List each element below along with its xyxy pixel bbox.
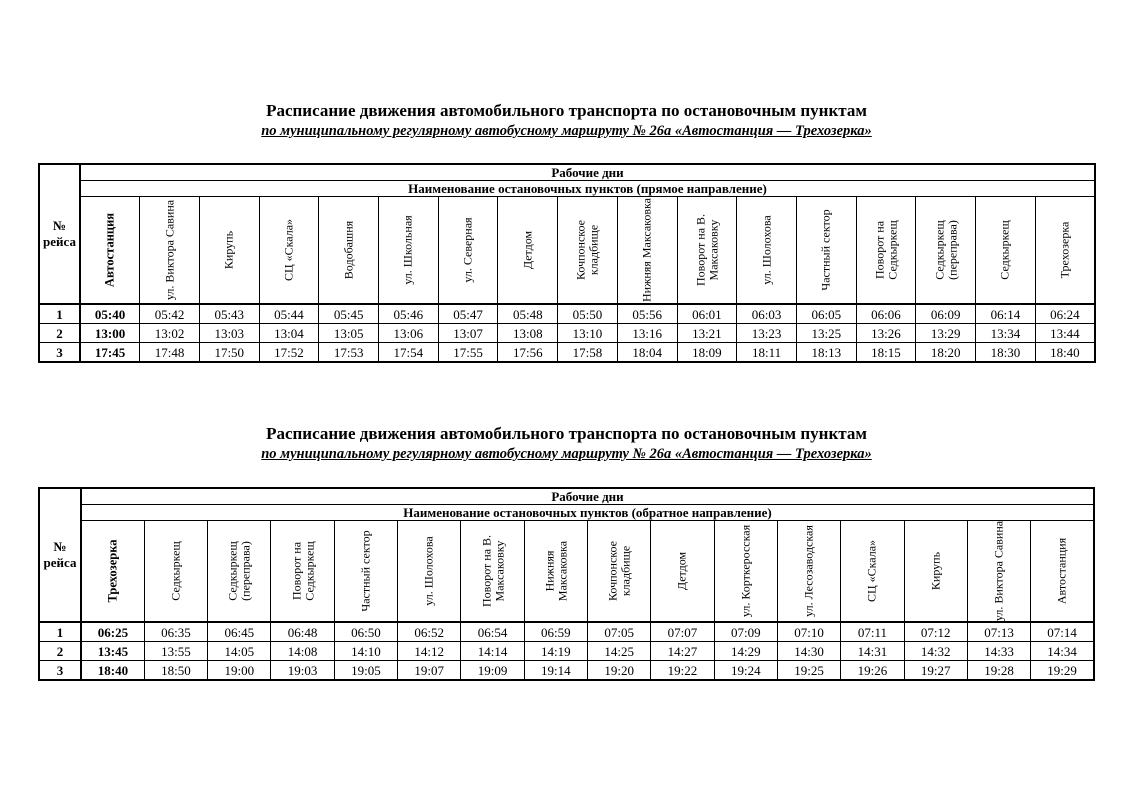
departure-time: 19:14 — [524, 661, 587, 681]
departure-time: 13:26 — [856, 324, 916, 343]
stop-name-label: СЦ «Скала» — [866, 540, 879, 602]
departure-time: 19:20 — [588, 661, 651, 681]
departure-time: 18:13 — [796, 343, 856, 363]
departure-time: 18:30 — [976, 343, 1036, 363]
departure-time: 13:23 — [737, 324, 797, 343]
stop-name-label: Кирупь — [929, 552, 942, 590]
schedule-1-subtitle-text: по муниципальному регулярному автобусном… — [261, 123, 872, 139]
departure-time: 19:24 — [714, 661, 777, 681]
stop-name-header: Поворот на В. Максаковку — [461, 521, 524, 623]
departure-time: 06:05 — [796, 304, 856, 324]
stop-name-label: Частный сектор — [820, 209, 833, 290]
stop-name-header: Водобашня — [319, 197, 379, 305]
trip-number: 1 — [39, 304, 80, 324]
departure-time: 14:33 — [967, 642, 1030, 661]
departure-time: 14:27 — [651, 642, 714, 661]
stop-name-header: Кочпонское кладбище — [588, 521, 651, 623]
departure-time: 13:34 — [976, 324, 1036, 343]
departure-time: 18:50 — [144, 661, 207, 681]
stop-name-label: ул. Школьная — [402, 215, 415, 284]
stop-name-header: Частный сектор — [796, 197, 856, 305]
trip-row: 317:4517:4817:5017:5217:5317:5417:5517:5… — [39, 343, 1095, 363]
trip-number: 1 — [39, 622, 81, 642]
departure-time: 17:54 — [379, 343, 439, 363]
departure-time: 19:03 — [271, 661, 334, 681]
departure-time: 18:09 — [677, 343, 737, 363]
departure-time: 19:28 — [967, 661, 1030, 681]
stop-name-label: ул. Шолохова — [760, 215, 773, 284]
departure-time: 13:03 — [199, 324, 259, 343]
stop-name-label: ул. Виктора Савина — [993, 521, 1006, 621]
stop-name-label: Седкыркещ — [999, 220, 1012, 279]
stop-name-label: Кочпонское кладбище — [607, 541, 632, 601]
stop-name-label: ул. Шолохова — [423, 536, 436, 605]
stop-name-header: ул. Корткеросская — [714, 521, 777, 623]
departure-time: 14:19 — [524, 642, 587, 661]
stop-name-label: Водобашня — [342, 221, 355, 279]
stop-name-label: Трехозерка — [1059, 222, 1072, 279]
departure-time: 17:48 — [140, 343, 200, 363]
departure-time: 17:53 — [319, 343, 379, 363]
departure-time: 14:34 — [1031, 642, 1094, 661]
stop-name-label: Автостанция — [1056, 538, 1069, 604]
stop-name-header: СЦ «Скала» — [259, 197, 319, 305]
departure-time: 19:22 — [651, 661, 714, 681]
departure-time: 17:45 — [80, 343, 140, 363]
departure-time: 14:05 — [208, 642, 271, 661]
departure-time: 13:29 — [916, 324, 976, 343]
stop-name-header: Седкыркещ (переправа) — [916, 197, 976, 305]
stop-name-header: Поворот на Седкыркещ — [856, 197, 916, 305]
stop-name-label: ул. Корткеросская — [739, 525, 752, 617]
departure-time: 17:56 — [498, 343, 558, 363]
departure-time: 07:05 — [588, 622, 651, 642]
departure-time: 17:55 — [438, 343, 498, 363]
trip-number: 3 — [39, 661, 81, 681]
direction-header: Наименование остановочных пунктов (прямо… — [80, 181, 1095, 197]
stop-name-label: Кочпонское кладбище — [575, 220, 600, 280]
departure-time: 13:25 — [796, 324, 856, 343]
stop-name-header: ул. Шолохова — [737, 197, 797, 305]
stop-name-header: Трехозерка — [81, 521, 144, 623]
departure-time: 13:06 — [379, 324, 439, 343]
departure-time: 18:11 — [737, 343, 797, 363]
departure-time: 14:08 — [271, 642, 334, 661]
stop-name-label: Частный сектор — [360, 530, 373, 611]
departure-time: 13:16 — [617, 324, 677, 343]
stop-name-label: Поворот на Седкыркещ — [290, 541, 315, 600]
stop-name-label: ул. Виктора Савина — [163, 200, 176, 300]
stop-name-label: Детдом — [676, 552, 689, 590]
direction-header: Наименование остановочных пунктов (обрат… — [81, 505, 1094, 521]
departure-time: 18:40 — [1035, 343, 1095, 363]
departure-time: 13:04 — [259, 324, 319, 343]
stop-name-header: ул. Виктора Савина — [140, 197, 200, 305]
departure-time: 19:09 — [461, 661, 524, 681]
departure-time: 05:44 — [259, 304, 319, 324]
departure-time: 06:35 — [144, 622, 207, 642]
departure-time: 13:08 — [498, 324, 558, 343]
stop-name-header: Нижняя Максаковка — [524, 521, 587, 623]
departure-time: 07:12 — [904, 622, 967, 642]
schedule-2-subtitle: по муниципальному регулярному автобусном… — [0, 446, 1123, 463]
day-type-header: Рабочие дни — [81, 488, 1094, 505]
departure-time: 14:25 — [588, 642, 651, 661]
departure-time: 13:21 — [677, 324, 737, 343]
stop-name-label: Поворот на Седкыркещ — [873, 220, 898, 279]
departure-time: 05:46 — [379, 304, 439, 324]
trip-number-header: № рейса — [39, 164, 80, 304]
departure-time: 14:10 — [334, 642, 397, 661]
departure-time: 06:48 — [271, 622, 334, 642]
departure-time: 07:07 — [651, 622, 714, 642]
stop-name-label: Поворот на В. Максаковку — [480, 535, 505, 607]
departure-time: 14:32 — [904, 642, 967, 661]
stop-name-label: Кирупь — [223, 231, 236, 269]
departure-time: 14:30 — [777, 642, 840, 661]
departure-time: 06:09 — [916, 304, 976, 324]
departure-time: 19:26 — [841, 661, 904, 681]
stop-name-header: Поворот на Седкыркещ — [271, 521, 334, 623]
departure-time: 13:45 — [81, 642, 144, 661]
trip-row: 318:4018:5019:0019:0319:0519:0719:0919:1… — [39, 661, 1094, 681]
departure-time: 06:52 — [398, 622, 461, 642]
departure-time: 19:07 — [398, 661, 461, 681]
departure-time: 07:11 — [841, 622, 904, 642]
departure-time: 06:03 — [737, 304, 797, 324]
departure-time: 06:14 — [976, 304, 1036, 324]
schedule-1-subtitle: по муниципальному регулярному автобусном… — [0, 123, 1123, 140]
departure-time: 19:05 — [334, 661, 397, 681]
departure-time: 05:40 — [80, 304, 140, 324]
departure-time: 18:20 — [916, 343, 976, 363]
departure-time: 13:02 — [140, 324, 200, 343]
departure-time: 05:56 — [617, 304, 677, 324]
trip-row: 106:2506:3506:4506:4806:5006:5206:5406:5… — [39, 622, 1094, 642]
departure-time: 05:45 — [319, 304, 379, 324]
stop-name-header: ул. Шолохова — [398, 521, 461, 623]
departure-time: 13:05 — [319, 324, 379, 343]
stop-name-label: Трехозерка — [106, 540, 119, 603]
departure-time: 07:10 — [777, 622, 840, 642]
stop-name-label: Поворот на В. Максаковку — [694, 214, 719, 286]
stop-name-label: Седкыркещ (переправа) — [933, 220, 958, 280]
stop-name-header: Седкыркещ — [144, 521, 207, 623]
stop-name-header: Кирупь — [199, 197, 259, 305]
departure-time: 18:15 — [856, 343, 916, 363]
departure-time: 17:52 — [259, 343, 319, 363]
departure-time: 07:13 — [967, 622, 1030, 642]
stop-name-header: Седкыркещ (переправа) — [208, 521, 271, 623]
departure-time: 13:55 — [144, 642, 207, 661]
schedule-1-title: Расписание движения автомобильного транс… — [0, 101, 1123, 121]
day-type-header: Рабочие дни — [80, 164, 1095, 181]
departure-time: 06:25 — [81, 622, 144, 642]
departure-time: 06:06 — [856, 304, 916, 324]
stop-name-header: Автостанция — [1031, 521, 1094, 623]
stop-name-label: Детдом — [521, 231, 534, 269]
stop-name-label: Автостанция — [104, 213, 117, 287]
departure-time: 13:00 — [80, 324, 140, 343]
departure-time: 05:42 — [140, 304, 200, 324]
stop-name-label: ул. Северная — [462, 217, 475, 282]
stop-name-header: Поворот на В. Максаковку — [677, 197, 737, 305]
stop-name-label: СЦ «Скала» — [283, 219, 296, 281]
stop-name-header: ул. Виктора Савина — [967, 521, 1030, 623]
trip-number: 2 — [39, 642, 81, 661]
departure-time: 06:50 — [334, 622, 397, 642]
stop-name-header: Кирупь — [904, 521, 967, 623]
stop-name-header: Нижняя Максаковка — [617, 197, 677, 305]
departure-time: 06:24 — [1035, 304, 1095, 324]
stop-name-label: Седкыркещ (переправа) — [227, 541, 252, 601]
departure-time: 18:40 — [81, 661, 144, 681]
departure-time: 05:43 — [199, 304, 259, 324]
departure-time: 13:07 — [438, 324, 498, 343]
departure-time: 06:01 — [677, 304, 737, 324]
departure-time: 05:48 — [498, 304, 558, 324]
departure-time: 07:14 — [1031, 622, 1094, 642]
departure-time: 07:09 — [714, 622, 777, 642]
departure-time: 05:47 — [438, 304, 498, 324]
departure-time: 14:31 — [841, 642, 904, 661]
trip-number: 3 — [39, 343, 80, 363]
stop-name-header: Трехозерка — [1035, 197, 1095, 305]
departure-time: 17:50 — [199, 343, 259, 363]
departure-time: 06:59 — [524, 622, 587, 642]
trip-row: 213:0013:0213:0313:0413:0513:0613:0713:0… — [39, 324, 1095, 343]
departure-time: 13:44 — [1035, 324, 1095, 343]
stop-name-label: ул. Лесозаводская — [803, 525, 816, 617]
departure-time: 19:25 — [777, 661, 840, 681]
departure-time: 14:14 — [461, 642, 524, 661]
stop-name-header: ул. Лесозаводская — [777, 521, 840, 623]
stop-name-label: Нижняя Максаковка — [641, 198, 654, 302]
departure-time: 19:27 — [904, 661, 967, 681]
trip-number: 2 — [39, 324, 80, 343]
departure-time: 19:00 — [208, 661, 271, 681]
trip-number-header: № рейса — [39, 488, 81, 622]
stop-name-header: Автостанция — [80, 197, 140, 305]
departure-time: 14:29 — [714, 642, 777, 661]
stop-name-header: ул. Школьная — [379, 197, 439, 305]
departure-time: 17:58 — [558, 343, 618, 363]
departure-time: 14:12 — [398, 642, 461, 661]
stop-name-header: Детдом — [498, 197, 558, 305]
schedule-table-reverse: № рейсаРабочие дниНаименование остановоч… — [38, 487, 1095, 681]
departure-time: 06:54 — [461, 622, 524, 642]
trip-row: 213:4513:5514:0514:0814:1014:1214:1414:1… — [39, 642, 1094, 661]
schedule-table-forward: № рейсаРабочие дниНаименование остановоч… — [38, 163, 1096, 363]
departure-time: 18:04 — [617, 343, 677, 363]
stop-name-header: Детдом — [651, 521, 714, 623]
trip-row: 105:4005:4205:4305:4405:4505:4605:4705:4… — [39, 304, 1095, 324]
departure-time: 06:45 — [208, 622, 271, 642]
stop-name-header: ул. Северная — [438, 197, 498, 305]
departure-time: 13:10 — [558, 324, 618, 343]
stop-name-label: Нижняя Максаковка — [543, 541, 568, 601]
departure-time: 05:50 — [558, 304, 618, 324]
stop-name-header: Седкыркещ — [976, 197, 1036, 305]
schedule-2-subtitle-text: по муниципальному регулярному автобусном… — [261, 446, 872, 462]
stop-name-header: Частный сектор — [334, 521, 397, 623]
stop-name-label: Седкыркещ — [170, 541, 183, 600]
stop-name-header: Кочпонское кладбище — [558, 197, 618, 305]
schedule-2-title: Расписание движения автомобильного транс… — [0, 424, 1123, 444]
departure-time: 19:29 — [1031, 661, 1094, 681]
stop-name-header: СЦ «Скала» — [841, 521, 904, 623]
